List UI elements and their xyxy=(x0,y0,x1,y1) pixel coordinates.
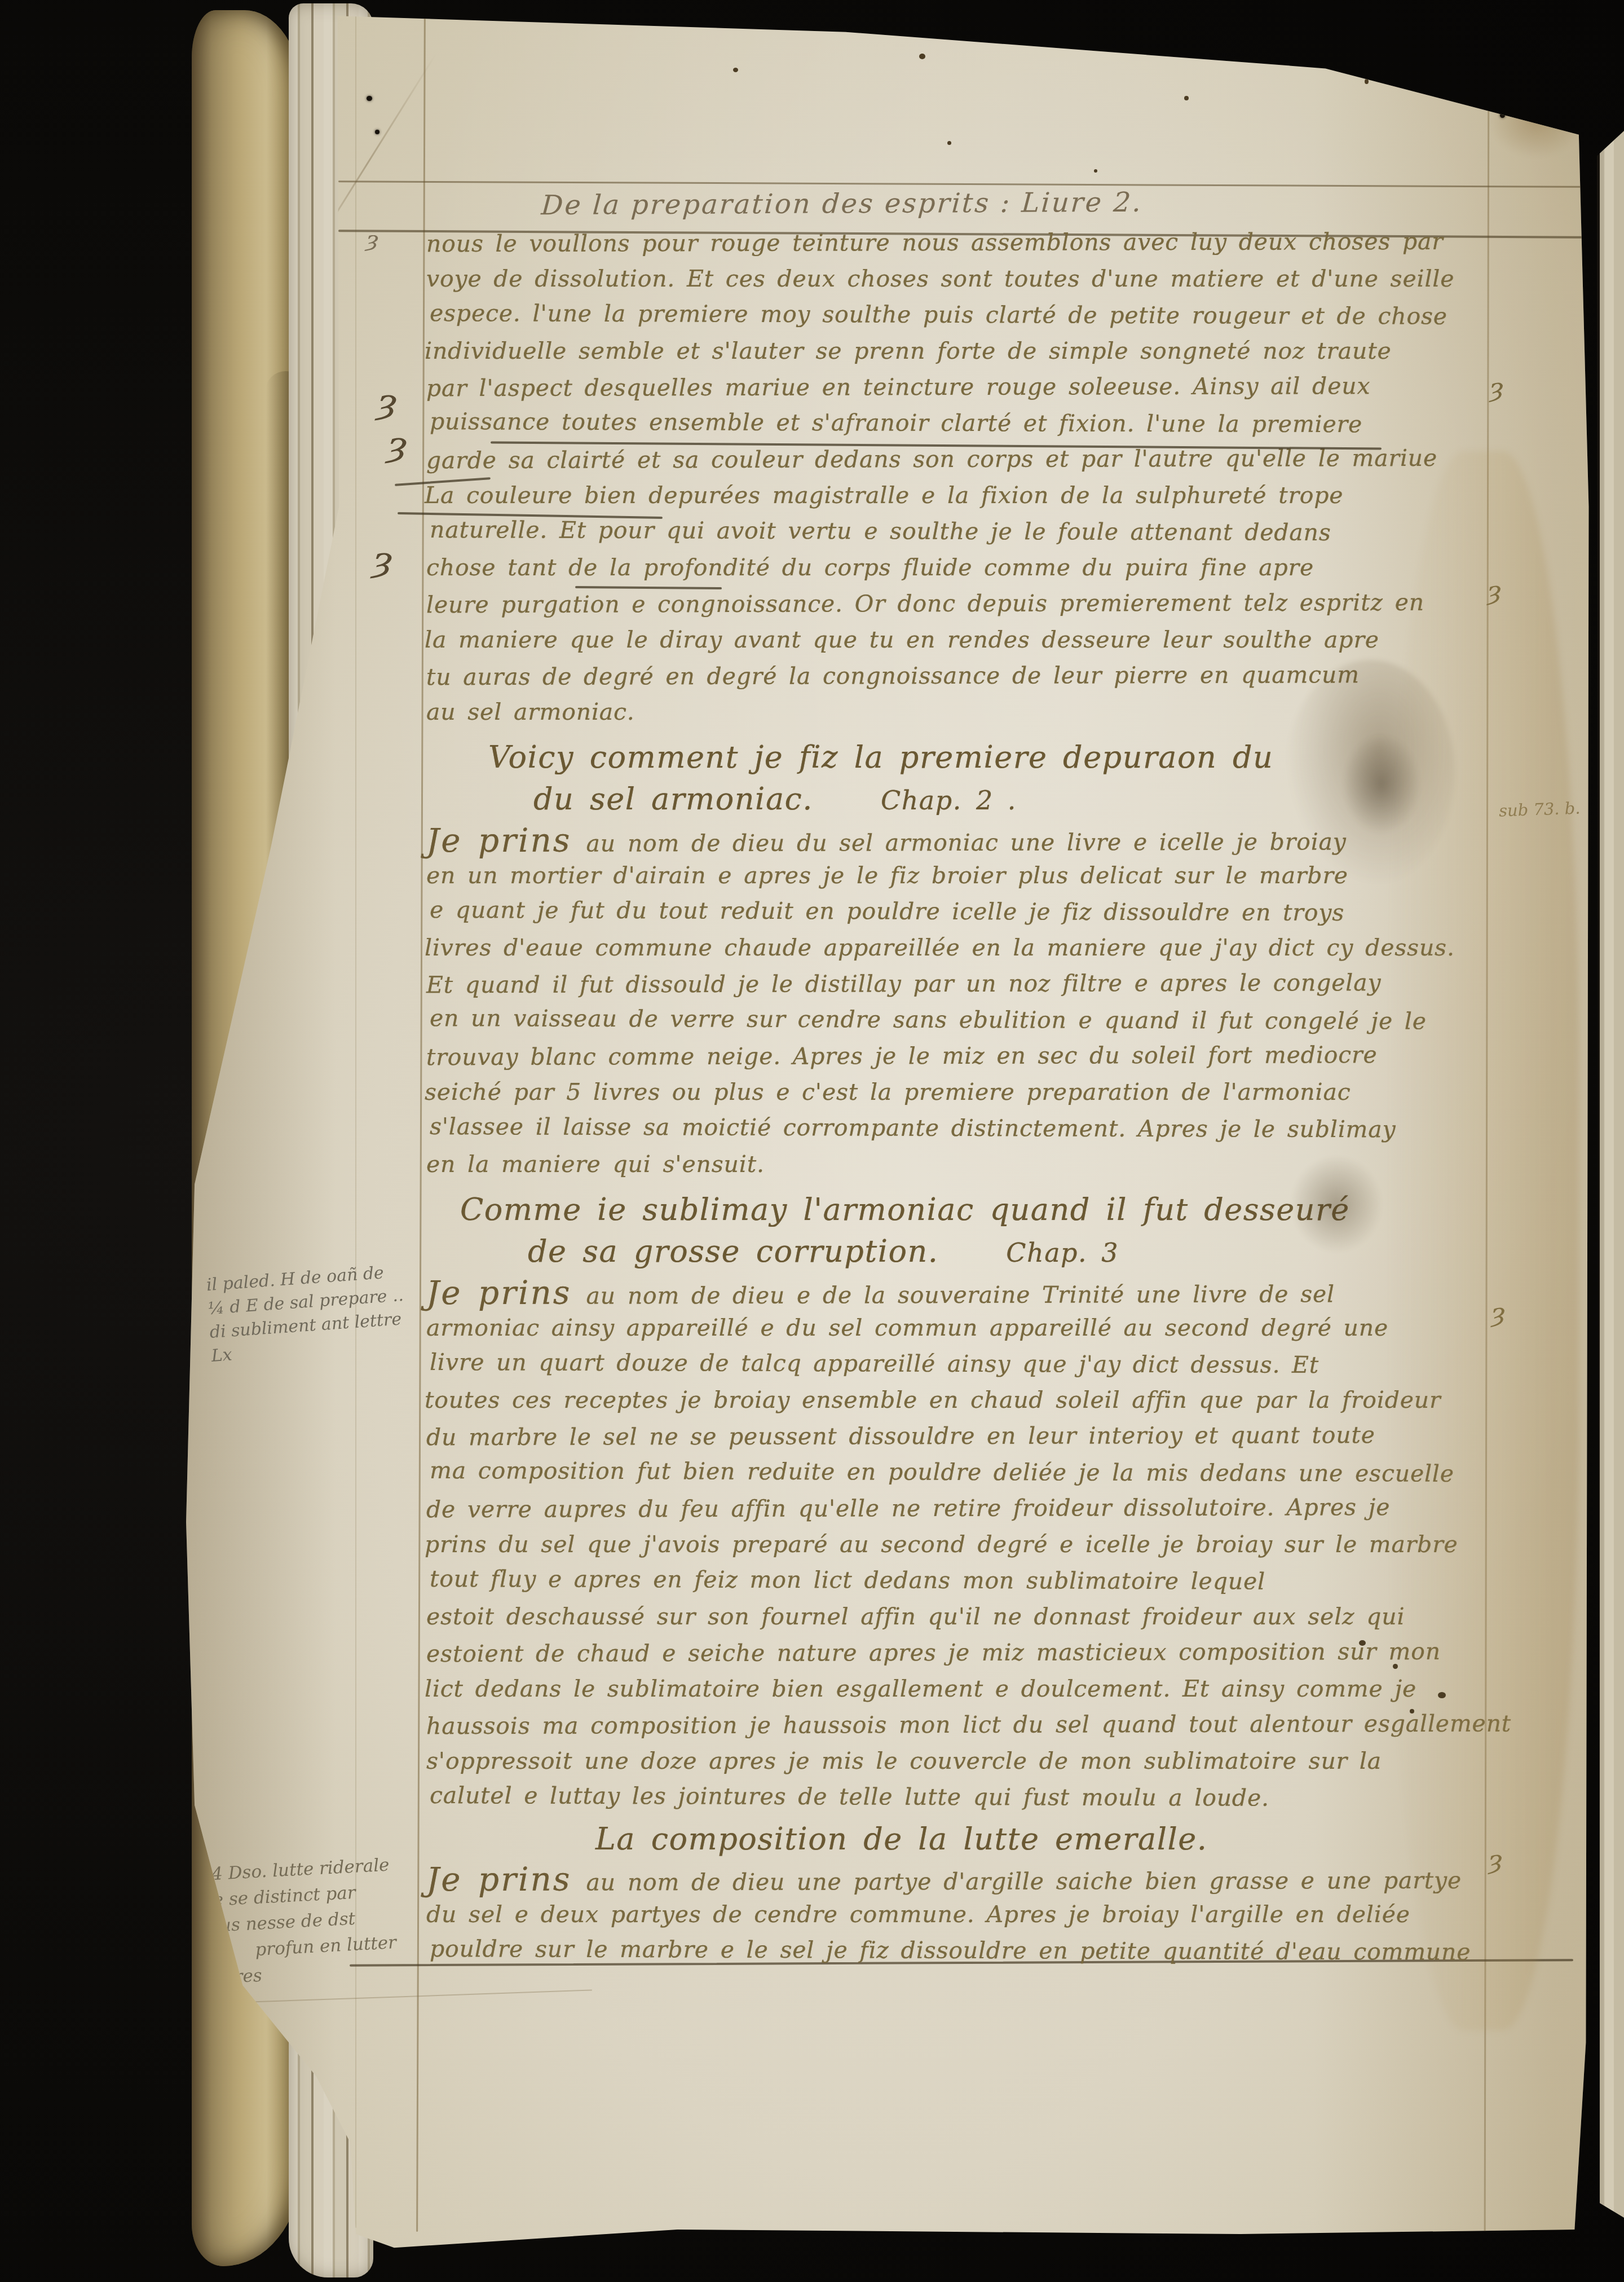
flourish-tail: ȝ xyxy=(1488,575,1501,606)
text-line: toutes ces receptes je broiay ensemble e… xyxy=(425,1382,1490,1418)
text-line: Je prinsau nom de dieu e de la souverain… xyxy=(426,1272,1492,1311)
lead-words: Je prins xyxy=(426,821,572,860)
chapter-4-heading: La composition de la lutte emeralle. xyxy=(595,1818,1492,1860)
text-line: par l'aspect desquelles mariue en teinct… xyxy=(426,368,1492,407)
text-line: en un vaisseau de verre sur cendre sans … xyxy=(430,1000,1495,1039)
chapter-3-heading: Comme ie sublimay l'armoniac quand il fu… xyxy=(460,1189,1492,1274)
corner-stain xyxy=(1489,85,1585,158)
next-page-edge xyxy=(1597,131,1624,2218)
paragraph-mark: ȝ xyxy=(376,380,399,424)
margin-note-upper: il paled. H de oañ de ¼ d E de sal prepa… xyxy=(206,1260,408,1368)
text-line: lict dedans le sublimatoire bien esgalle… xyxy=(425,1671,1490,1707)
text-line: individuelle semble et s'lauter se prenn… xyxy=(425,333,1490,369)
wormhole xyxy=(1500,113,1505,118)
text-line: prins du sel que j'avois preparé au seco… xyxy=(425,1526,1490,1562)
text-line: de verre aupres du feu affin qu'elle ne … xyxy=(426,1489,1492,1528)
text-line: puissance toutes ensemble et s'afranoir … xyxy=(430,403,1495,443)
chapter-heading-text: de sa grosse corruption. xyxy=(528,1233,938,1269)
section-chapter-2: Je prinsau nom de dieu du sel armoniac u… xyxy=(426,821,1492,1182)
manuscript-photo: De la preparation des esprits : Liure 2.… xyxy=(0,0,1624,2282)
paragraph-mark: ȝ xyxy=(365,226,380,253)
chapter-number: Chap. 2 . xyxy=(881,785,1017,816)
flourish-tail: ȝ xyxy=(1491,1297,1505,1328)
text-line: du sel e deux partyes de cendre commune.… xyxy=(426,1896,1492,1932)
text-line: la maniere que le diray avant que tu en … xyxy=(425,622,1490,658)
text-line: nous le voullons pour rouge teinture nou… xyxy=(426,223,1492,262)
text-line: trouvay blanc comme neige. Apres je le m… xyxy=(426,1037,1492,1076)
text-line: au sel armoniac. xyxy=(426,694,1492,730)
text-line: en un mortier d'airain e apres je le fiz… xyxy=(426,857,1492,893)
text-line: en la maniere qui s'ensuit. xyxy=(426,1146,1492,1182)
text-line: livre un quart douze de talcq appareillé… xyxy=(430,1344,1495,1384)
text-line: estoit deschaussé sur son fournel affin … xyxy=(426,1598,1492,1635)
text-line: tout fluy e apres en feiz mon lict dedan… xyxy=(430,1561,1495,1600)
text-line: espece. l'une la premiere moy soulthe pu… xyxy=(430,295,1495,334)
speck xyxy=(919,54,925,59)
text-line: voye de dissolution. Et ces deux choses … xyxy=(426,261,1492,297)
text-line: leure purgation e congnoissance. Or donc… xyxy=(426,584,1492,623)
text-line: Je prinsau nom de dieu une partye d'argi… xyxy=(426,1859,1492,1898)
text-line: pouldre sur le marbre e le sel je fiz di… xyxy=(430,1931,1495,1970)
paragraph-mark: ȝ xyxy=(371,538,394,581)
chapter-heading-text: du sel armoniac. xyxy=(533,781,813,817)
text-line: armoniac ainsy appareillé e du sel commu… xyxy=(426,1310,1492,1346)
manuscript-page: De la preparation des esprits : Liure 2.… xyxy=(180,0,1596,2282)
chapter-heading-line: du sel armoniac.Chap. 2 . xyxy=(533,778,1492,821)
speck xyxy=(1410,1709,1414,1713)
paragraph-mark: ȝ xyxy=(386,423,409,466)
text-column: nous le voullons pour rouge teinture nou… xyxy=(426,224,1492,1968)
text-line: tu auras de degré en degré la congnoissa… xyxy=(426,657,1492,695)
text-line: du marbre le sel ne se peussent dissould… xyxy=(426,1417,1492,1456)
text-line-rest: au nom de dieu une partye d'argille saic… xyxy=(586,1867,1462,1896)
chapter-heading-line: de sa grosse corruption.Chap. 3 xyxy=(528,1231,1492,1274)
lead-words: Je prins xyxy=(426,1860,572,1899)
speck xyxy=(733,68,738,72)
flourish-tail: ȝ xyxy=(1490,372,1503,403)
speck xyxy=(1094,169,1097,173)
text-line: seiché par 5 livres ou plus e c'est la p… xyxy=(425,1074,1490,1110)
speck xyxy=(1184,96,1189,100)
text-line: s'oppressoit une doze apres je mis le co… xyxy=(426,1743,1492,1779)
text-line: livres d'eaue commune chaude appareillée… xyxy=(425,929,1490,966)
text-line: haussois ma composition je haussois mon … xyxy=(426,1706,1492,1744)
text-line: e quant je fut du tout reduit en pouldre… xyxy=(430,892,1495,931)
speck xyxy=(1438,1692,1446,1698)
chapter-heading-line: Comme ie sublimay l'armoniac quand il fu… xyxy=(460,1189,1492,1231)
section-chapter-4: Je prinsau nom de dieu une partye d'argi… xyxy=(426,1860,1492,1968)
wormhole xyxy=(367,96,372,101)
section-chapter-3: Je prinsau nom de dieu e de la souverain… xyxy=(426,1274,1492,1815)
wormhole xyxy=(375,130,379,134)
speck xyxy=(1393,1664,1398,1669)
text-line: Je prinsau nom de dieu du sel armoniac u… xyxy=(426,820,1492,859)
lead-words: Je prins xyxy=(426,1274,572,1312)
text-line: Et quand il fut dissould je le distillay… xyxy=(426,964,1492,1003)
text-line: calutel e luttay les jointures de telle … xyxy=(430,1777,1495,1817)
text-line: ma composition fut bien reduite en pould… xyxy=(430,1452,1495,1492)
text-line: La couleure bien depurées magistralle e … xyxy=(425,477,1490,513)
flourish-tail: ȝ xyxy=(1489,1844,1502,1875)
chapter-2-heading: Voicy comment je fiz la premiere depurao… xyxy=(488,737,1492,821)
chapter-number: Chap. 3 xyxy=(1006,1237,1119,1268)
text-line-rest: au nom de dieu du sel armoniac une livre… xyxy=(586,828,1347,857)
text-line: estoient de chaud e seiche nature apres … xyxy=(426,1633,1492,1672)
chapter-heading-line: La composition de la lutte emeralle. xyxy=(595,1818,1492,1860)
margin-note-right: sub 73. b. xyxy=(1498,798,1581,820)
text-line-rest: au nom de dieu e de la souveraine Trinit… xyxy=(586,1280,1335,1309)
speck xyxy=(1365,79,1369,84)
speck xyxy=(947,141,951,145)
section-intro: nous le voullons pour rouge teinture nou… xyxy=(426,224,1492,730)
running-title: De la preparation des esprits : Liure 2. xyxy=(540,185,1445,221)
text-line: chose tant de la profondité du corps flu… xyxy=(426,549,1492,585)
speck xyxy=(1359,1640,1366,1646)
chapter-heading-line: Voicy comment je fiz la premiere depurao… xyxy=(488,737,1492,778)
wormhole xyxy=(1475,85,1481,90)
text-line: s'lassee il laisse sa moictié corrompant… xyxy=(430,1108,1495,1148)
